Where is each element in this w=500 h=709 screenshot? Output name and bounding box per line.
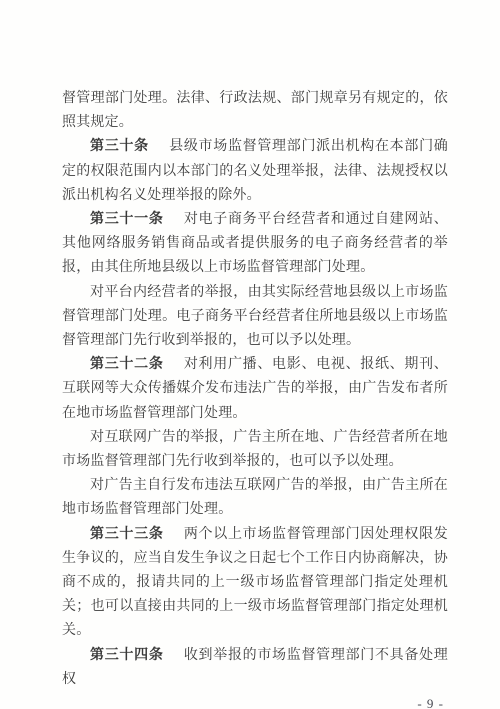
paragraph-text: 对互联网广告的举报，广告主所在地、广告经营者所在地市场监督管理部门先行收到举报的… bbox=[62, 430, 448, 469]
article-number: 第三十二条 bbox=[90, 357, 164, 372]
paragraph: 第三十条县级市场监督管理部门派出机构在本部门确定的权限范围内以本部门的名义处理举… bbox=[62, 135, 448, 208]
paragraph: 对平台内经营者的举报，由其实际经营地县级以上市场监督管理部门处理。电子商务平台经… bbox=[62, 281, 448, 354]
paragraph: 第三十一条对电子商务平台经营者和通过自建网站、其他网络服务销售商品或者提供服务的… bbox=[62, 208, 448, 281]
paragraph: 第三十四条收到举报的市场监督管理部门不具备处理权 bbox=[62, 644, 448, 692]
paragraph: 对互联网广告的举报，广告主所在地、广告经营者所在地市场监督管理部门先行收到举报的… bbox=[62, 426, 448, 474]
page-number: - 9 - bbox=[62, 692, 448, 709]
paragraph-text: 对平台内经营者的举报，由其实际经营地县级以上市场监督管理部门处理。电子商务平台经… bbox=[62, 285, 448, 348]
document-page: 督管理部门处理。法律、行政法规、部门规章另有规定的，依照其规定。 第三十条县级市… bbox=[0, 0, 500, 709]
article-number: 第三十四条 bbox=[90, 648, 164, 663]
paragraph-text: 两个以上市场监督管理部门因处理权限发生争议的，应当自发生争议之日起七个工作日内协… bbox=[62, 527, 448, 639]
paragraph: 第三十三条两个以上市场监督管理部门因处理权限发生争议的，应当自发生争议之日起七个… bbox=[62, 523, 448, 644]
article-number: 第三十一条 bbox=[90, 212, 164, 227]
paragraph-text: 对广告主自行发布违法互联网广告的举报，由广告主所在地市场监督管理部门处理。 bbox=[62, 478, 448, 517]
document-body: 督管理部门处理。法律、行政法规、部门规章另有规定的，依照其规定。 第三十条县级市… bbox=[62, 87, 448, 709]
paragraph-text: 督管理部门处理。法律、行政法规、部门规章另有规定的，依照其规定。 bbox=[62, 91, 448, 130]
article-number: 第三十三条 bbox=[90, 527, 164, 542]
paragraph: 第三十二条对利用广播、电影、电视、报纸、期刊、互联网等大众传播媒介发布违法广告的… bbox=[62, 353, 448, 426]
article-number: 第三十条 bbox=[90, 139, 149, 154]
paragraph: 督管理部门处理。法律、行政法规、部门规章另有规定的，依照其规定。 bbox=[62, 87, 448, 135]
paragraph: 对广告主自行发布违法互联网广告的举报，由广告主所在地市场监督管理部门处理。 bbox=[62, 474, 448, 522]
